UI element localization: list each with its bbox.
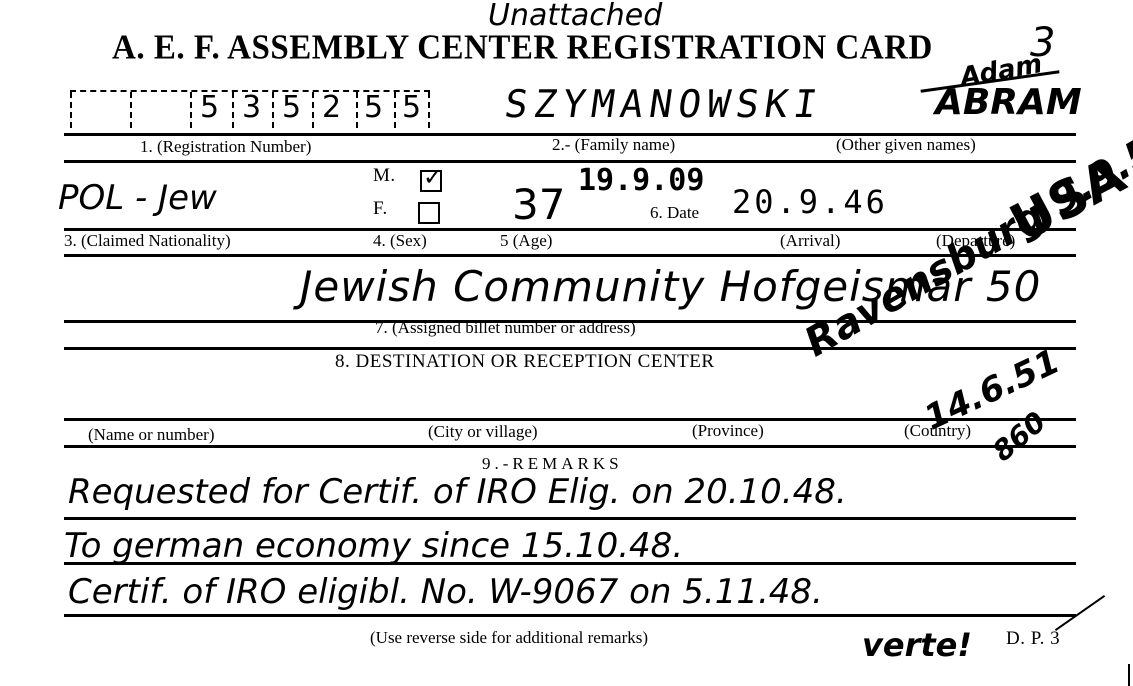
corner-mark [1128, 664, 1130, 686]
age-label: 5 (Age) [500, 231, 552, 251]
family-name-value: SZYMANOWSKI [502, 82, 826, 126]
date-label: 6. Date [650, 203, 699, 223]
remark-line: Certif. of IRO eligibl. No. W-9067 on 5.… [68, 572, 823, 612]
billet-label: 7. (Assigned billet number or address) [375, 318, 636, 338]
form-id: D. P. 3 [1006, 628, 1060, 650]
destination-label: 8. DESTINATION OR RECEPTION CENTER [335, 351, 715, 373]
reg-digit: 3 [242, 90, 261, 125]
remarks-footer-label: (Use reverse side for additional remarks… [370, 628, 648, 648]
destination-city-label: (City or village) [428, 422, 538, 442]
sex-option-m: M. [373, 165, 396, 187]
reg-digit: 5 [402, 90, 421, 125]
other-given-names-label: (Other given names) [836, 135, 976, 155]
remarks-label: 9.-REMARKS [482, 454, 623, 474]
claimed-nationality-label: 3. (Claimed Nationality) [64, 231, 231, 251]
sex-checkbox-f[interactable] [418, 202, 440, 224]
birth-date-value: 19.9.09 [578, 163, 704, 198]
reg-digit: 2 [322, 90, 341, 125]
destination-name-label: (Name or number) [88, 425, 215, 445]
sex-checkbox-m[interactable] [420, 170, 442, 192]
remark-line: To german economy since 15.10.48. [64, 526, 683, 566]
reg-digit: 5 [200, 90, 219, 125]
given-name-struck: ABRAM [935, 82, 1082, 123]
destination-province-label: (Province) [692, 421, 764, 441]
destination-country-label: (Country) [904, 421, 971, 441]
destination-annotation-3: 860 [986, 405, 1052, 468]
sex-label: 4. (Sex) [373, 231, 427, 251]
verte-annotation: verte! [862, 626, 972, 664]
arrival-label: (Arrival) [780, 231, 840, 251]
age-value: 37 [512, 180, 565, 229]
reg-digit: 5 [364, 90, 383, 125]
arrival-date-value: 20.9.46 [732, 183, 888, 221]
card-title: A. E. F. ASSEMBLY CENTER REGISTRATION CA… [112, 29, 933, 68]
remark-line: Requested for Certif. of IRO Elig. on 20… [68, 472, 847, 512]
family-name-label: 2.- (Family name) [552, 135, 675, 155]
claimed-nationality-value: POL - Jew [58, 178, 217, 218]
registration-card: Unattached A. E. F. ASSEMBLY CENTER REGI… [0, 0, 1133, 686]
sex-option-f: F. [373, 198, 388, 220]
tick-mark [1055, 595, 1105, 631]
registration-number-label: 1. (Registration Number) [140, 137, 311, 157]
annotation-unattached: Unattached [488, 0, 662, 33]
reg-digit: 5 [282, 90, 301, 125]
